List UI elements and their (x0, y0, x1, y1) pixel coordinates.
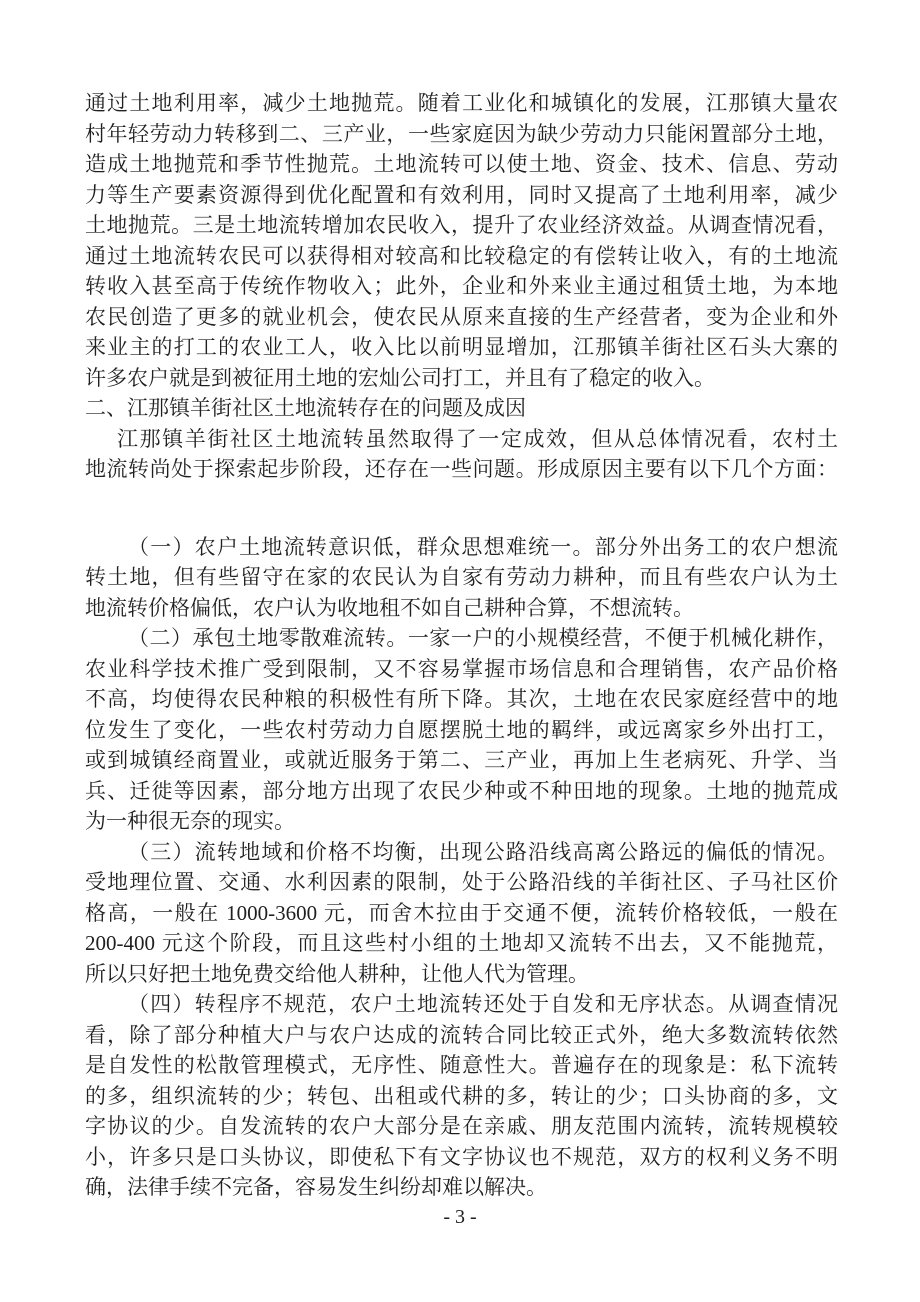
text-line: （三）流转地域和价格不均衡，出现公路沿线高离公路远的偏低的情况。 (85, 837, 838, 868)
text-line: 格高，一般在 1000-3600 元，而舍木拉由于交通不便，流转价格较低，一般在 (85, 898, 838, 929)
text-line: 200-400 元这个阶段，而且这些村小组的土地却又流转不出去，又不能抛荒， (85, 928, 838, 959)
text-line: 兵、迁徙等因素，部分地方出现了农民少种或不种田地的现象。土地的抛荒成 (85, 776, 838, 807)
text-line: 位发生了变化，一些农村劳动力自愿摆脱土地的羁绊，或远离家乡外出打工， (85, 715, 838, 746)
text-line: 所以只好把土地免费交给他人耕种，让他人代为管理。 (85, 959, 838, 990)
text-line: 转收入甚至高于传统作物收入；此外，企业和外来业主通过租赁土地，为本地 (85, 271, 838, 302)
text-line: 转土地，但有些留守在家的农民认为自家有劳动力耕种，而且有些农户认为土 (85, 562, 838, 593)
text-line: 力等生产要素资源得到优化配置和有效利用，同时又提高了土地利用率，减少 (85, 180, 838, 211)
text-line: 来业主的打工的农业工人，收入比以前明显增加，江那镇羊街社区石头大寨的 (85, 332, 838, 363)
text-line: （四）转程序不规范，农户土地流转还处于自发和无序状态。从调查情况 (85, 989, 838, 1020)
text-line: 通过土地利用率，减少土地抛荒。随着工业化和城镇化的发展，江那镇大量农 (85, 88, 838, 119)
text-line: 通过土地流转农民可以获得相对较高和比较稳定的有偿转让收入，有的土地流 (85, 241, 838, 272)
text-line: 是自发性的松散管理模式，无序性、随意性大。普遍存在的现象是：私下流转 (85, 1050, 838, 1081)
text-line: 看，除了部分种植大户与农户达成的流转合同比较正式外，绝大多数流转依然 (85, 1020, 838, 1051)
text-line: （二）承包土地零散难流转。一家一户的小规模经营，不便于机械化耕作， (85, 623, 838, 654)
text-line: 确，法律手续不完备，容易发生纠纷却难以解决。 (85, 1172, 838, 1203)
text-line: 不高，均使得农民种粮的积极性有所下降。其次，土地在农民家庭经营中的地 (85, 684, 838, 715)
text-line: 受地理位置、交通、水利因素的限制，处于公路沿线的羊街社区、子马社区价 (85, 867, 838, 898)
page-number: - 3 - (0, 1205, 920, 1229)
document-page: 通过土地利用率，减少土地抛荒。随着工业化和城镇化的发展，江那镇大量农 村年轻劳动… (0, 0, 920, 1302)
text-line: 村年轻劳动力转移到二、三产业，一些家庭因为缺少劳动力只能闲置部分土地， (85, 119, 838, 150)
text-line: 的多，组织流转的少；转包、出租或代耕的多，转让的少；口头协商的多，文 (85, 1081, 838, 1112)
document-body: 通过土地利用率，减少土地抛荒。随着工业化和城镇化的发展，江那镇大量农 村年轻劳动… (85, 88, 838, 1203)
text-line: 江那镇羊街社区土地流转虽然取得了一定成效，但从总体情况看，农村土 (85, 424, 838, 455)
section-heading: 二、江那镇羊街社区土地流转存在的问题及成因 (85, 393, 838, 424)
text-line: 字协议的少。自发流转的农户大部分是在亲戚、朋友范围内流转，流转规模较 (85, 1111, 838, 1142)
text-line: 或到城镇经商置业，或就近服务于第二、三产业，再加上生老病死、升学、当 (85, 745, 838, 776)
blank-line (85, 485, 838, 532)
text-line: 土地抛荒。三是土地流转增加农民收入，提升了农业经济效益。从调查情况看， (85, 210, 838, 241)
text-line: 地流转尚处于探索起步阶段，还存在一些问题。形成原因主要有以下几个方面： (85, 454, 838, 485)
text-line: 造成土地抛荒和季节性抛荒。土地流转可以使土地、资金、技术、信息、劳动 (85, 149, 838, 180)
text-line: 许多农户就是到被征用土地的宏灿公司打工，并且有了稳定的收入。 (85, 363, 838, 394)
text-line: 地流转价格偏低，农户认为收地租不如自己耕种合算，不想流转。 (85, 593, 838, 624)
text-line: 小，许多只是口头协议，即使私下有文字协议也不规范，双方的权利义务不明 (85, 1142, 838, 1173)
text-line: 为一种很无奈的现实。 (85, 806, 838, 837)
text-line: 农业科学技术推广受到限制，又不容易掌握市场信息和合理销售，农产品价格 (85, 654, 838, 685)
text-line: （一）农户土地流转意识低，群众思想难统一。部分外出务工的农户想流 (85, 532, 838, 563)
text-line: 农民创造了更多的就业机会，使农民从原来直接的生产经营者，变为企业和外 (85, 302, 838, 333)
